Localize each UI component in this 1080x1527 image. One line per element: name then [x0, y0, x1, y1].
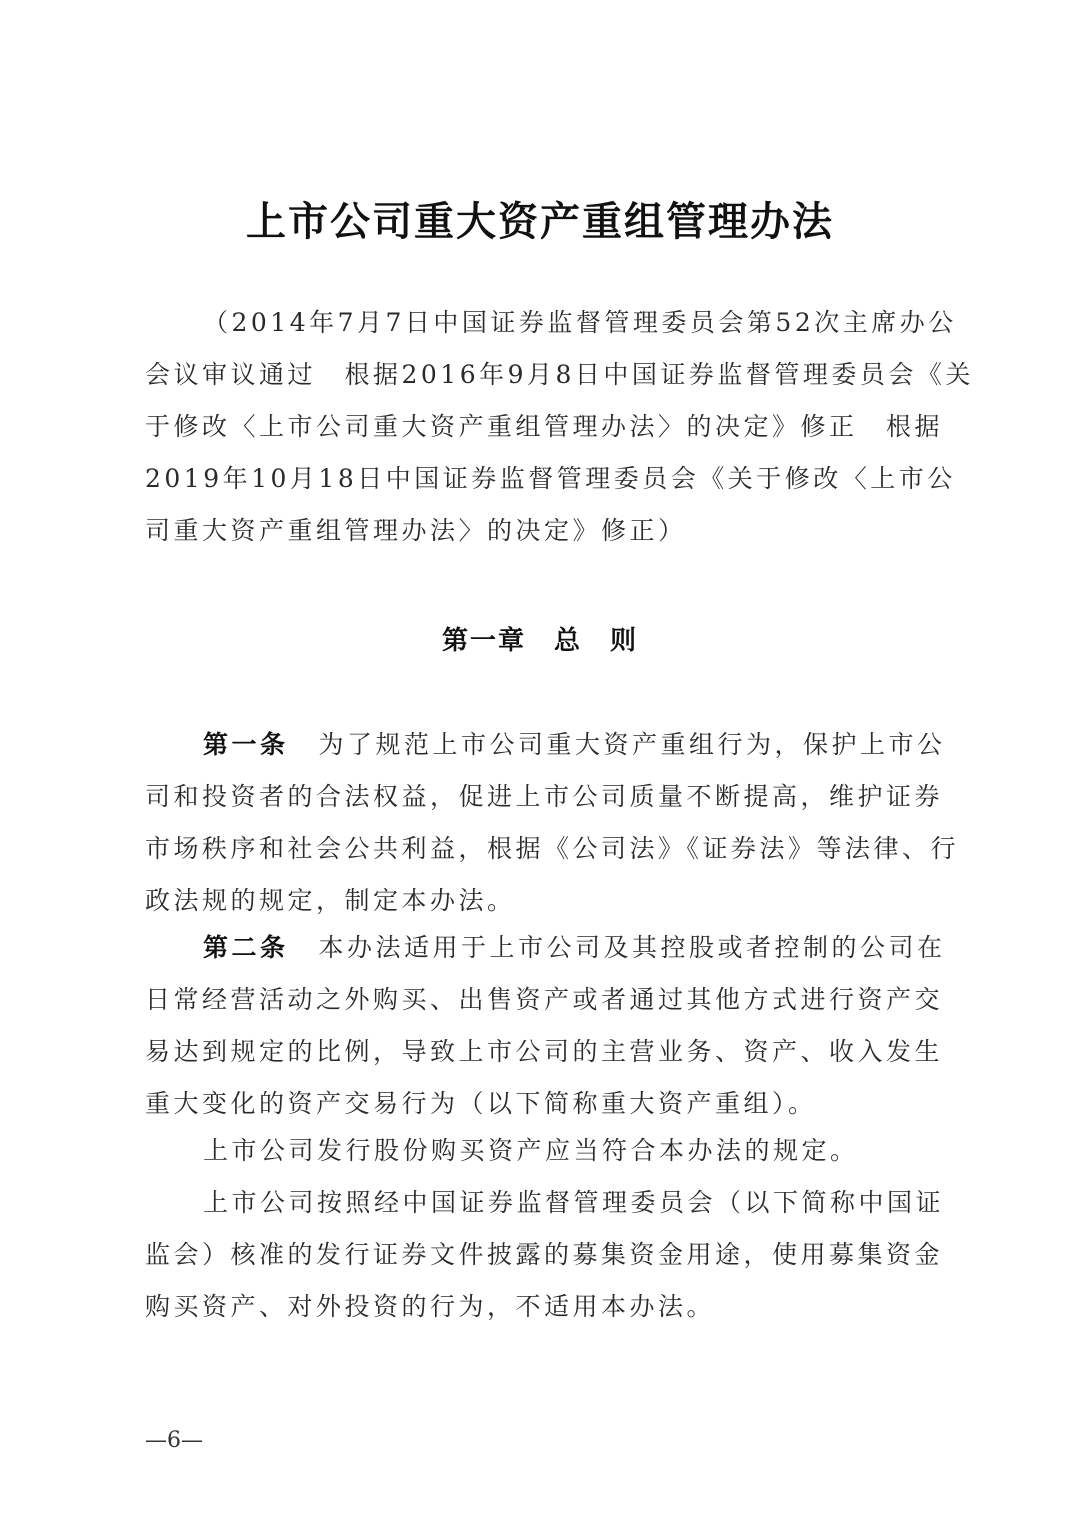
preamble-line: 司重大资产重组管理办法〉的决定》修正） [145, 511, 935, 547]
article-1-line: 政法规的规定，制定本办法。 [145, 881, 935, 917]
article-1-label: 第一条 [203, 730, 289, 759]
article-1-line: 市场秩序和社会公共利益，根据《公司法》《证券法》等法律、行 [145, 829, 935, 865]
preamble-line: 2019年10月18日中国证券监督管理委员会《关于修改〈上市公 [145, 459, 935, 495]
paragraph-line: 上市公司发行股份购买资产应当符合本办法的规定。 [145, 1131, 935, 1167]
preamble-line: 于修改〈上市公司重大资产重组管理办法〉的决定》修正 根据 [145, 407, 935, 443]
page-number: —6— [145, 1428, 203, 1453]
article-2-line: 重大变化的资产交易行为（以下简称重大资产重组）。 [145, 1084, 935, 1120]
paragraph-line: 上市公司按照经中国证券监督管理委员会（以下简称中国证 [145, 1183, 935, 1219]
document-title: 上市公司重大资产重组管理办法 [0, 190, 1080, 247]
article-2-text: 本办法适用于上市公司及其控股或者控制的公司在 [319, 933, 946, 962]
article-2-line: 易达到规定的比例，导致上市公司的主营业务、资产、收入发生 [145, 1032, 935, 1068]
document-page: 上市公司重大资产重组管理办法 （2014年7月7日中国证券监督管理委员会第52次… [0, 0, 1080, 1527]
article-2-line: 第二条本办法适用于上市公司及其控股或者控制的公司在 [145, 928, 935, 964]
article-1-text: 为了规范上市公司重大资产重组行为，保护上市公 [319, 730, 946, 759]
article-2-label: 第二条 [203, 933, 289, 962]
chapter-heading: 第一章 总 则 [0, 620, 1080, 657]
article-1-line: 司和投资者的合法权益，促进上市公司质量不断提高，维护证券 [145, 777, 935, 813]
paragraph-line: 监会）核准的发行证券文件披露的募集资金用途，使用募集资金 [145, 1235, 935, 1271]
article-1-line: 第一条为了规范上市公司重大资产重组行为，保护上市公 [145, 725, 935, 761]
paragraph-line: 购买资产、对外投资的行为，不适用本办法。 [145, 1287, 935, 1323]
article-2-line: 日常经营活动之外购买、出售资产或者通过其他方式进行资产交 [145, 980, 935, 1016]
preamble-line: （2014年7月7日中国证券监督管理委员会第52次主席办公 [145, 303, 935, 339]
preamble-line: 会议审议通过 根据2016年9月8日中国证券监督管理委员会《关 [145, 355, 935, 391]
